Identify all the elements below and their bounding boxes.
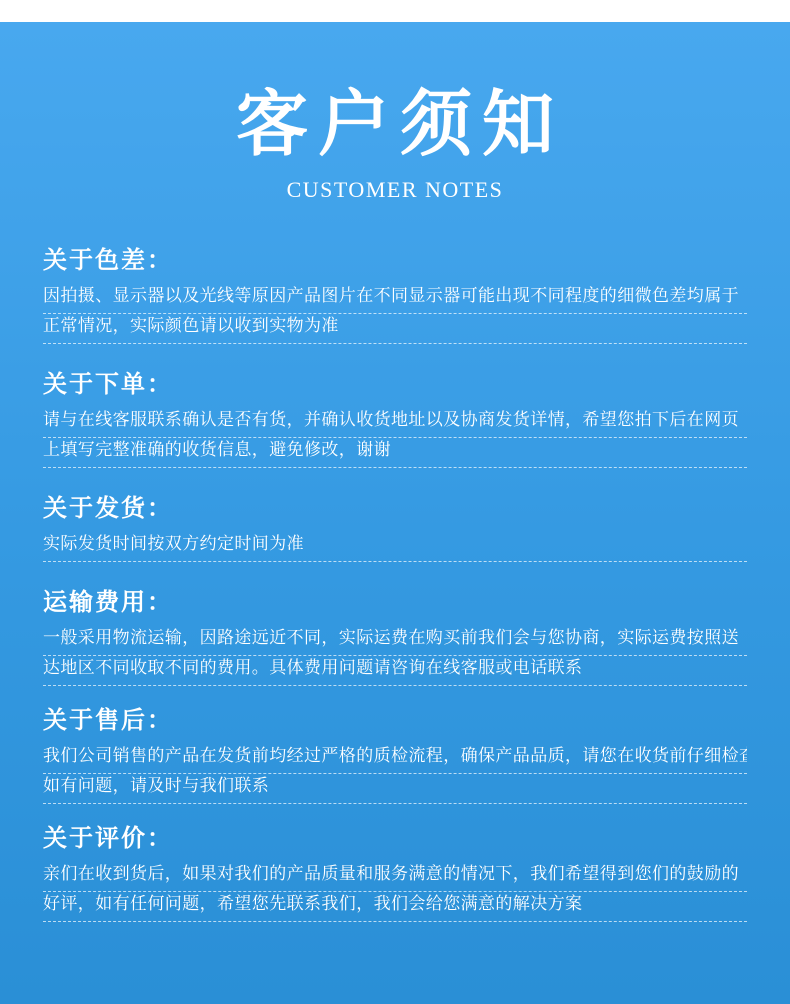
section-text-line: 亲们在收到货后，如果对我们的产品质量和服务满意的情况下，我们希望得到您们的鼓励的 (43, 862, 747, 892)
section-heading: 关于发货： (43, 494, 747, 524)
section-shipping-fee: 运输费用： 一般采用物流运输，因路途远近不同，实际运费在购买前我们会与您协商，实… (43, 588, 747, 686)
page-title: 客户须知 (43, 22, 747, 166)
section-heading: 关于色差： (43, 246, 747, 276)
section-color-difference: 关于色差： 因拍摄、显示器以及光线等原因产品图片在不同显示器可能出现不同程度的细… (43, 246, 747, 344)
section-text-line: 好评，如有任何问题，希望您先联系我们，我们会给您满意的解决方案 (43, 892, 747, 922)
section-text-line: 我们公司销售的产品在发货前均经过严格的质检流程，确保产品品质，请您在收货前仔细检… (43, 744, 747, 774)
section-text-line: 如有问题，请及时与我们联系 (43, 774, 747, 804)
section-text-line: 正常情况，实际颜色请以收到实物为准 (43, 314, 747, 344)
section-text-line: 请与在线客服联系确认是否有货，并确认收货地址以及协商发货详情，希望您拍下后在网页 (43, 408, 747, 438)
section-heading: 关于下单： (43, 370, 747, 400)
notice-sections: 关于色差： 因拍摄、显示器以及光线等原因产品图片在不同显示器可能出现不同程度的细… (43, 246, 747, 922)
section-text-line: 上填写完整准确的收货信息，避免修改，谢谢 (43, 438, 747, 468)
customer-notes-page: 客户须知 CUSTOMER NOTES 关于色差： 因拍摄、显示器以及光线等原因… (0, 0, 790, 1004)
section-after-sales: 关于售后： 我们公司销售的产品在发货前均经过严格的质检流程，确保产品品质，请您在… (43, 706, 747, 804)
section-text-line: 因拍摄、显示器以及光线等原因产品图片在不同显示器可能出现不同程度的细微色差均属于 (43, 284, 747, 314)
section-text-line: 达地区不同收取不同的费用。具体费用问题请咨询在线客服或电话联系 (43, 656, 747, 686)
section-heading: 运输费用： (43, 588, 747, 618)
section-heading: 关于评价： (43, 824, 747, 854)
section-reviews: 关于评价： 亲们在收到货后，如果对我们的产品质量和服务满意的情况下，我们希望得到… (43, 824, 747, 922)
section-shipping: 关于发货： 实际发货时间按双方约定时间为准 (43, 494, 747, 562)
notice-banner: 客户须知 CUSTOMER NOTES 关于色差： 因拍摄、显示器以及光线等原因… (0, 22, 790, 1004)
page-subtitle: CUSTOMER NOTES (43, 176, 747, 204)
section-text-line: 实际发货时间按双方约定时间为准 (43, 532, 747, 562)
section-heading: 关于售后： (43, 706, 747, 736)
section-ordering: 关于下单： 请与在线客服联系确认是否有货，并确认收货地址以及协商发货详情，希望您… (43, 370, 747, 468)
top-white-strip (0, 0, 790, 22)
section-text-line: 一般采用物流运输，因路途远近不同，实际运费在购买前我们会与您协商，实际运费按照送 (43, 626, 747, 656)
